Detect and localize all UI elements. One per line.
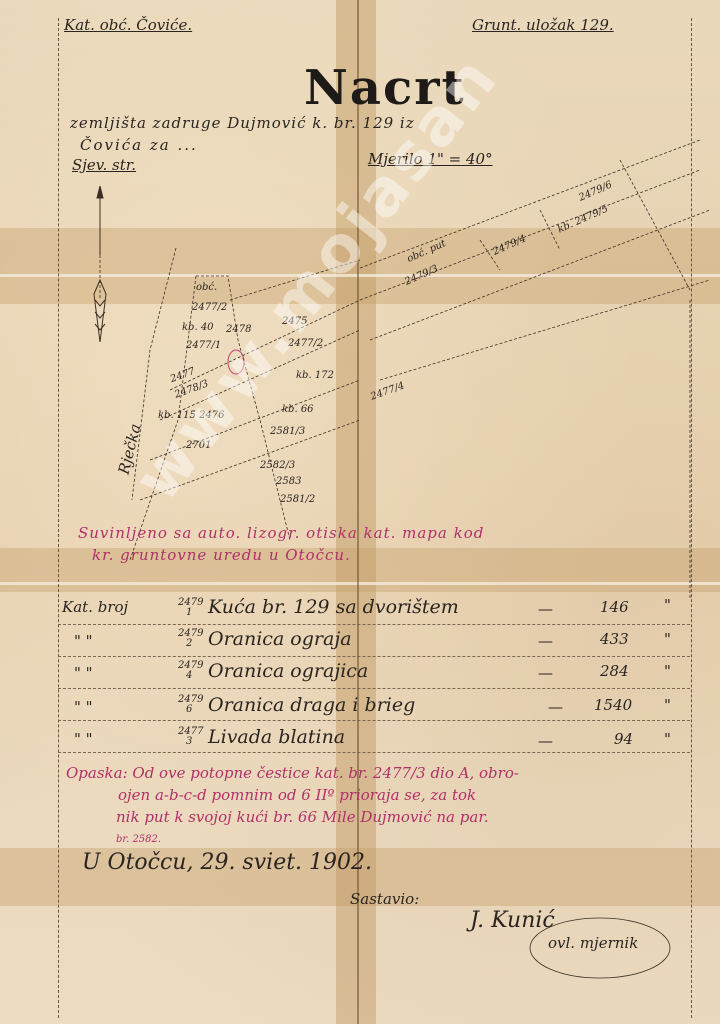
- signature-flourish: [0, 0, 727, 1024]
